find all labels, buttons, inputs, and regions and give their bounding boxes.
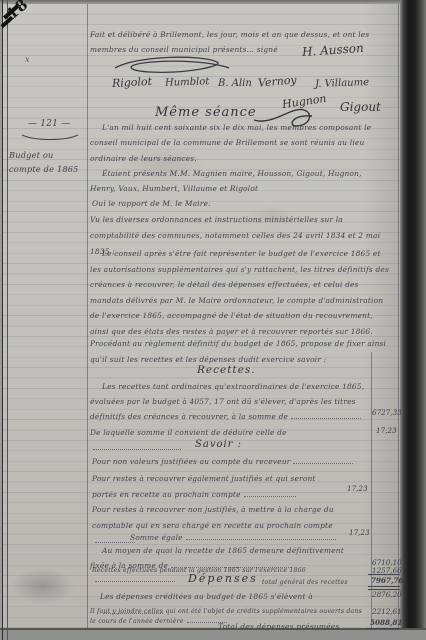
signature-rigolot: Rigolot xyxy=(112,75,153,90)
leader-dots xyxy=(93,443,181,450)
amount-entry2: 17,23 xyxy=(376,426,397,435)
margin-check-mark: x xyxy=(25,52,30,67)
leader-dots xyxy=(244,490,296,497)
book-binding-shadow xyxy=(400,0,426,640)
leader-dots xyxy=(293,457,353,464)
amount-total-recettes: 7967,76 xyxy=(371,576,404,585)
signature-balin: B. Alin xyxy=(218,78,252,89)
para-opening: L'an mil huit cent soixante six le dix m… xyxy=(90,120,382,166)
amount-savoir2: 17,23 xyxy=(347,484,368,493)
page-edge-line xyxy=(2,0,3,640)
total-depenses-rule xyxy=(366,628,400,629)
depenses-entry1-text: Les dépenses créditées au budget de 1865… xyxy=(100,592,313,601)
para-conseil: Le conseil après s'être fait représenter… xyxy=(90,246,390,340)
signature-gigout: Gigout xyxy=(340,100,381,114)
margin-note-budget: Budget ou compte de 1865 xyxy=(9,148,83,176)
recettes-entry2-text: De laquelle somme il convient de déduire… xyxy=(90,428,287,437)
signature-villaume: J. Villaume xyxy=(315,77,369,90)
somme-egale-label: Somme égale xyxy=(130,533,183,542)
margin-rule-line xyxy=(87,4,88,630)
para-present: Étaient présents M.M. Magnien maire, Hou… xyxy=(90,166,386,197)
depenses-heading: Dépenses xyxy=(188,571,258,586)
leader-dots xyxy=(291,412,361,419)
amount-somme-egale: 17,23 xyxy=(349,528,370,537)
binding-edge-line xyxy=(7,0,8,640)
amount-entry1: 6727,33 xyxy=(372,408,402,417)
total-depenses-label: Total des dépenses présumées xyxy=(218,619,368,634)
entry-number-flourish xyxy=(20,132,80,142)
amount-total-depenses: 5088,81 xyxy=(370,618,403,627)
register-page: 18 Fait et délibéré à Brillemont, les jo… xyxy=(0,0,426,640)
leader-dots xyxy=(95,575,175,582)
savoir-entry1: Pour non valeurs justifiées au compte du… xyxy=(92,454,370,469)
recettes-entry1: Les recettes tant ordinaires qu'extraord… xyxy=(90,379,368,424)
amount-depenses2: 2212,61 xyxy=(372,607,402,616)
session-heading: Même séance xyxy=(155,105,257,120)
savoir-entry2: Pour restes à recouvrer également justif… xyxy=(92,471,342,502)
page-top-edge xyxy=(0,0,426,4)
total-recettes-label: total général des recettes xyxy=(262,575,367,590)
total-recettes-rule-1 xyxy=(368,586,400,587)
entry-number: — 121 — xyxy=(28,117,70,132)
leader-dots xyxy=(95,536,135,543)
savoir-heading: Savoir : xyxy=(195,437,242,452)
signature-humblot: Humblot xyxy=(165,76,210,89)
savoir-entry3-text: Pour restes à recouvrer non justifiés, à… xyxy=(92,505,334,530)
recettes-heading: Recettes. xyxy=(197,363,256,378)
amount-depenses1: 2876,20 xyxy=(372,590,402,599)
somme-egale-row: Somme égale xyxy=(130,530,360,545)
signature-flourish xyxy=(105,54,235,78)
right-rule-line xyxy=(398,4,399,630)
sum-rule xyxy=(368,574,400,575)
leader-dots xyxy=(186,533,336,540)
para-rapport: Ouï le rapport de M. le Maire. xyxy=(92,196,292,211)
savoir-entry1-text: Pour non valeurs justifiées au compte du… xyxy=(92,457,290,466)
